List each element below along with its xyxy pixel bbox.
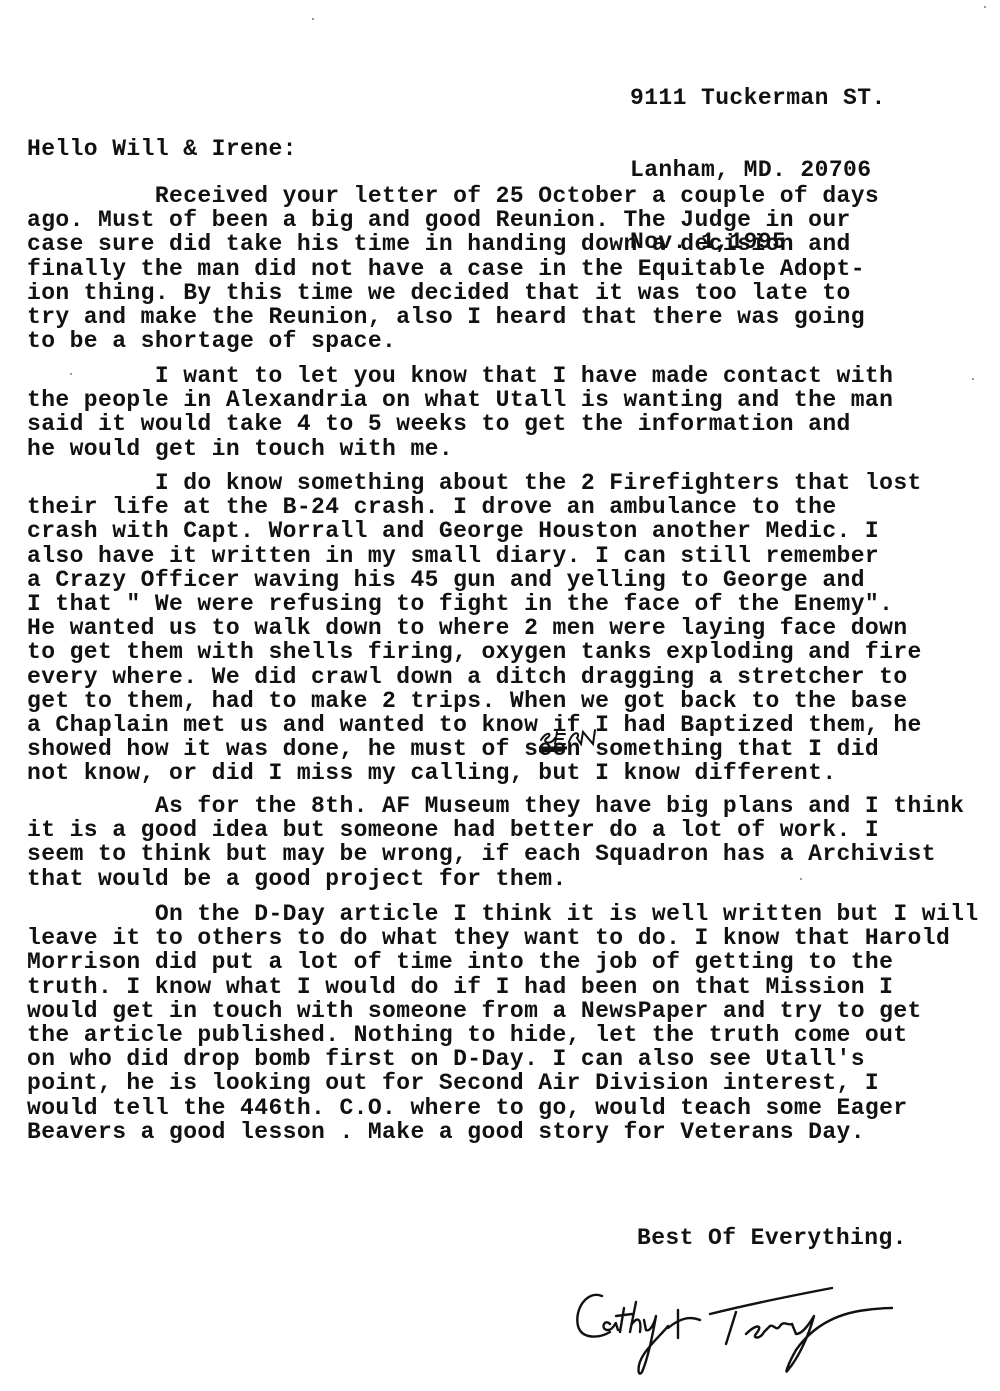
salutation: Hello Will & Irene: bbox=[27, 137, 297, 161]
text-line: would get in touch with someone from a N… bbox=[27, 999, 979, 1023]
paper-speck bbox=[70, 373, 72, 375]
closing-line: Best Of Everything. bbox=[637, 1226, 907, 1250]
paper-speck bbox=[312, 18, 314, 20]
text-line: ago. Must of been a big and good Reunion… bbox=[27, 208, 879, 232]
paragraph-1: Received your letter of 25 October a cou… bbox=[27, 184, 879, 353]
text-line: He wanted us to walk down to where 2 men… bbox=[27, 616, 922, 640]
text-line: to get them with shells firing, oxygen t… bbox=[27, 640, 922, 664]
text-line: I do know something about the 2 Firefigh… bbox=[27, 471, 922, 495]
text-line: case sure did take his time in handing d… bbox=[27, 232, 879, 256]
handwritten-signature bbox=[570, 1268, 950, 1378]
text-line: the people in Alexandria on what Utall i… bbox=[27, 388, 893, 412]
paper-speck bbox=[972, 378, 974, 380]
text-line: said it would take 4 to 5 weeks to get t… bbox=[27, 412, 893, 436]
paragraph-3: I do know something about the 2 Firefigh… bbox=[27, 471, 922, 785]
text-line: On the D-Day article I think it is well … bbox=[27, 902, 979, 926]
text-line: a Crazy Officer waving his 45 gun and ye… bbox=[27, 568, 922, 592]
text-line: on who did drop bomb first on D-Day. I c… bbox=[27, 1047, 979, 1071]
text-line: point, he is looking out for Second Air … bbox=[27, 1071, 979, 1095]
text-line: that would be a good project for them. bbox=[27, 867, 964, 891]
text-line: Received your letter of 25 October a cou… bbox=[27, 184, 879, 208]
text-line: I want to let you know that I have made … bbox=[27, 364, 893, 388]
text-line: try and make the Reunion, also I heard t… bbox=[27, 305, 879, 329]
text-line: Morrison did put a lot of time into the … bbox=[27, 950, 979, 974]
text-line: Beavers a good lesson . Make a good stor… bbox=[27, 1120, 979, 1144]
text-line: not know, or did I miss my calling, but … bbox=[27, 761, 922, 785]
address-city: Lanham, MD. 20706 bbox=[630, 158, 886, 182]
text-line: finally the man did not have a case in t… bbox=[27, 257, 879, 281]
text-line: ion thing. By this time we decided that … bbox=[27, 281, 879, 305]
text-line: seem to think but may be wrong, if each … bbox=[27, 842, 964, 866]
handwritten-correction-mark bbox=[537, 728, 607, 754]
text-line: I that " We were refusing to fight in th… bbox=[27, 592, 922, 616]
text-line: truth. I know what I would do if I had b… bbox=[27, 975, 979, 999]
text-line: it is a good idea but someone had better… bbox=[27, 818, 964, 842]
text-line: As for the 8th. AF Museum they have big … bbox=[27, 794, 964, 818]
text-line: to be a shortage of space. bbox=[27, 329, 879, 353]
paragraph-5: On the D-Day article I think it is well … bbox=[27, 902, 979, 1144]
text-line: every where. We did crawl down a ditch d… bbox=[27, 665, 922, 689]
text-line: he would get in touch with me. bbox=[27, 437, 893, 461]
text-line: their life at the B-24 crash. I drove an… bbox=[27, 495, 922, 519]
text-line: get to them, had to make 2 trips. When w… bbox=[27, 689, 922, 713]
paper-speck bbox=[984, 6, 986, 8]
text-line: the article published. Nothing to hide, … bbox=[27, 1023, 979, 1047]
text-line: leave it to others to do what they want … bbox=[27, 926, 979, 950]
text-line: showed how it was done, he must of seen … bbox=[27, 737, 922, 761]
letter-page: 9111 Tuckerman ST. Lanham, MD. 20706 Nov… bbox=[0, 0, 1000, 1391]
text-line: would tell the 446th. C.O. where to go, … bbox=[27, 1096, 979, 1120]
text-line: crash with Capt. Worrall and George Hous… bbox=[27, 519, 922, 543]
paragraph-4: As for the 8th. AF Museum they have big … bbox=[27, 794, 964, 891]
text-line: a Chaplain met us and wanted to know if … bbox=[27, 713, 922, 737]
text-line: also have it written in my small diary. … bbox=[27, 544, 922, 568]
paper-speck bbox=[800, 878, 802, 880]
address-street: 9111 Tuckerman ST. bbox=[630, 86, 886, 110]
paragraph-2: I want to let you know that I have made … bbox=[27, 364, 893, 461]
